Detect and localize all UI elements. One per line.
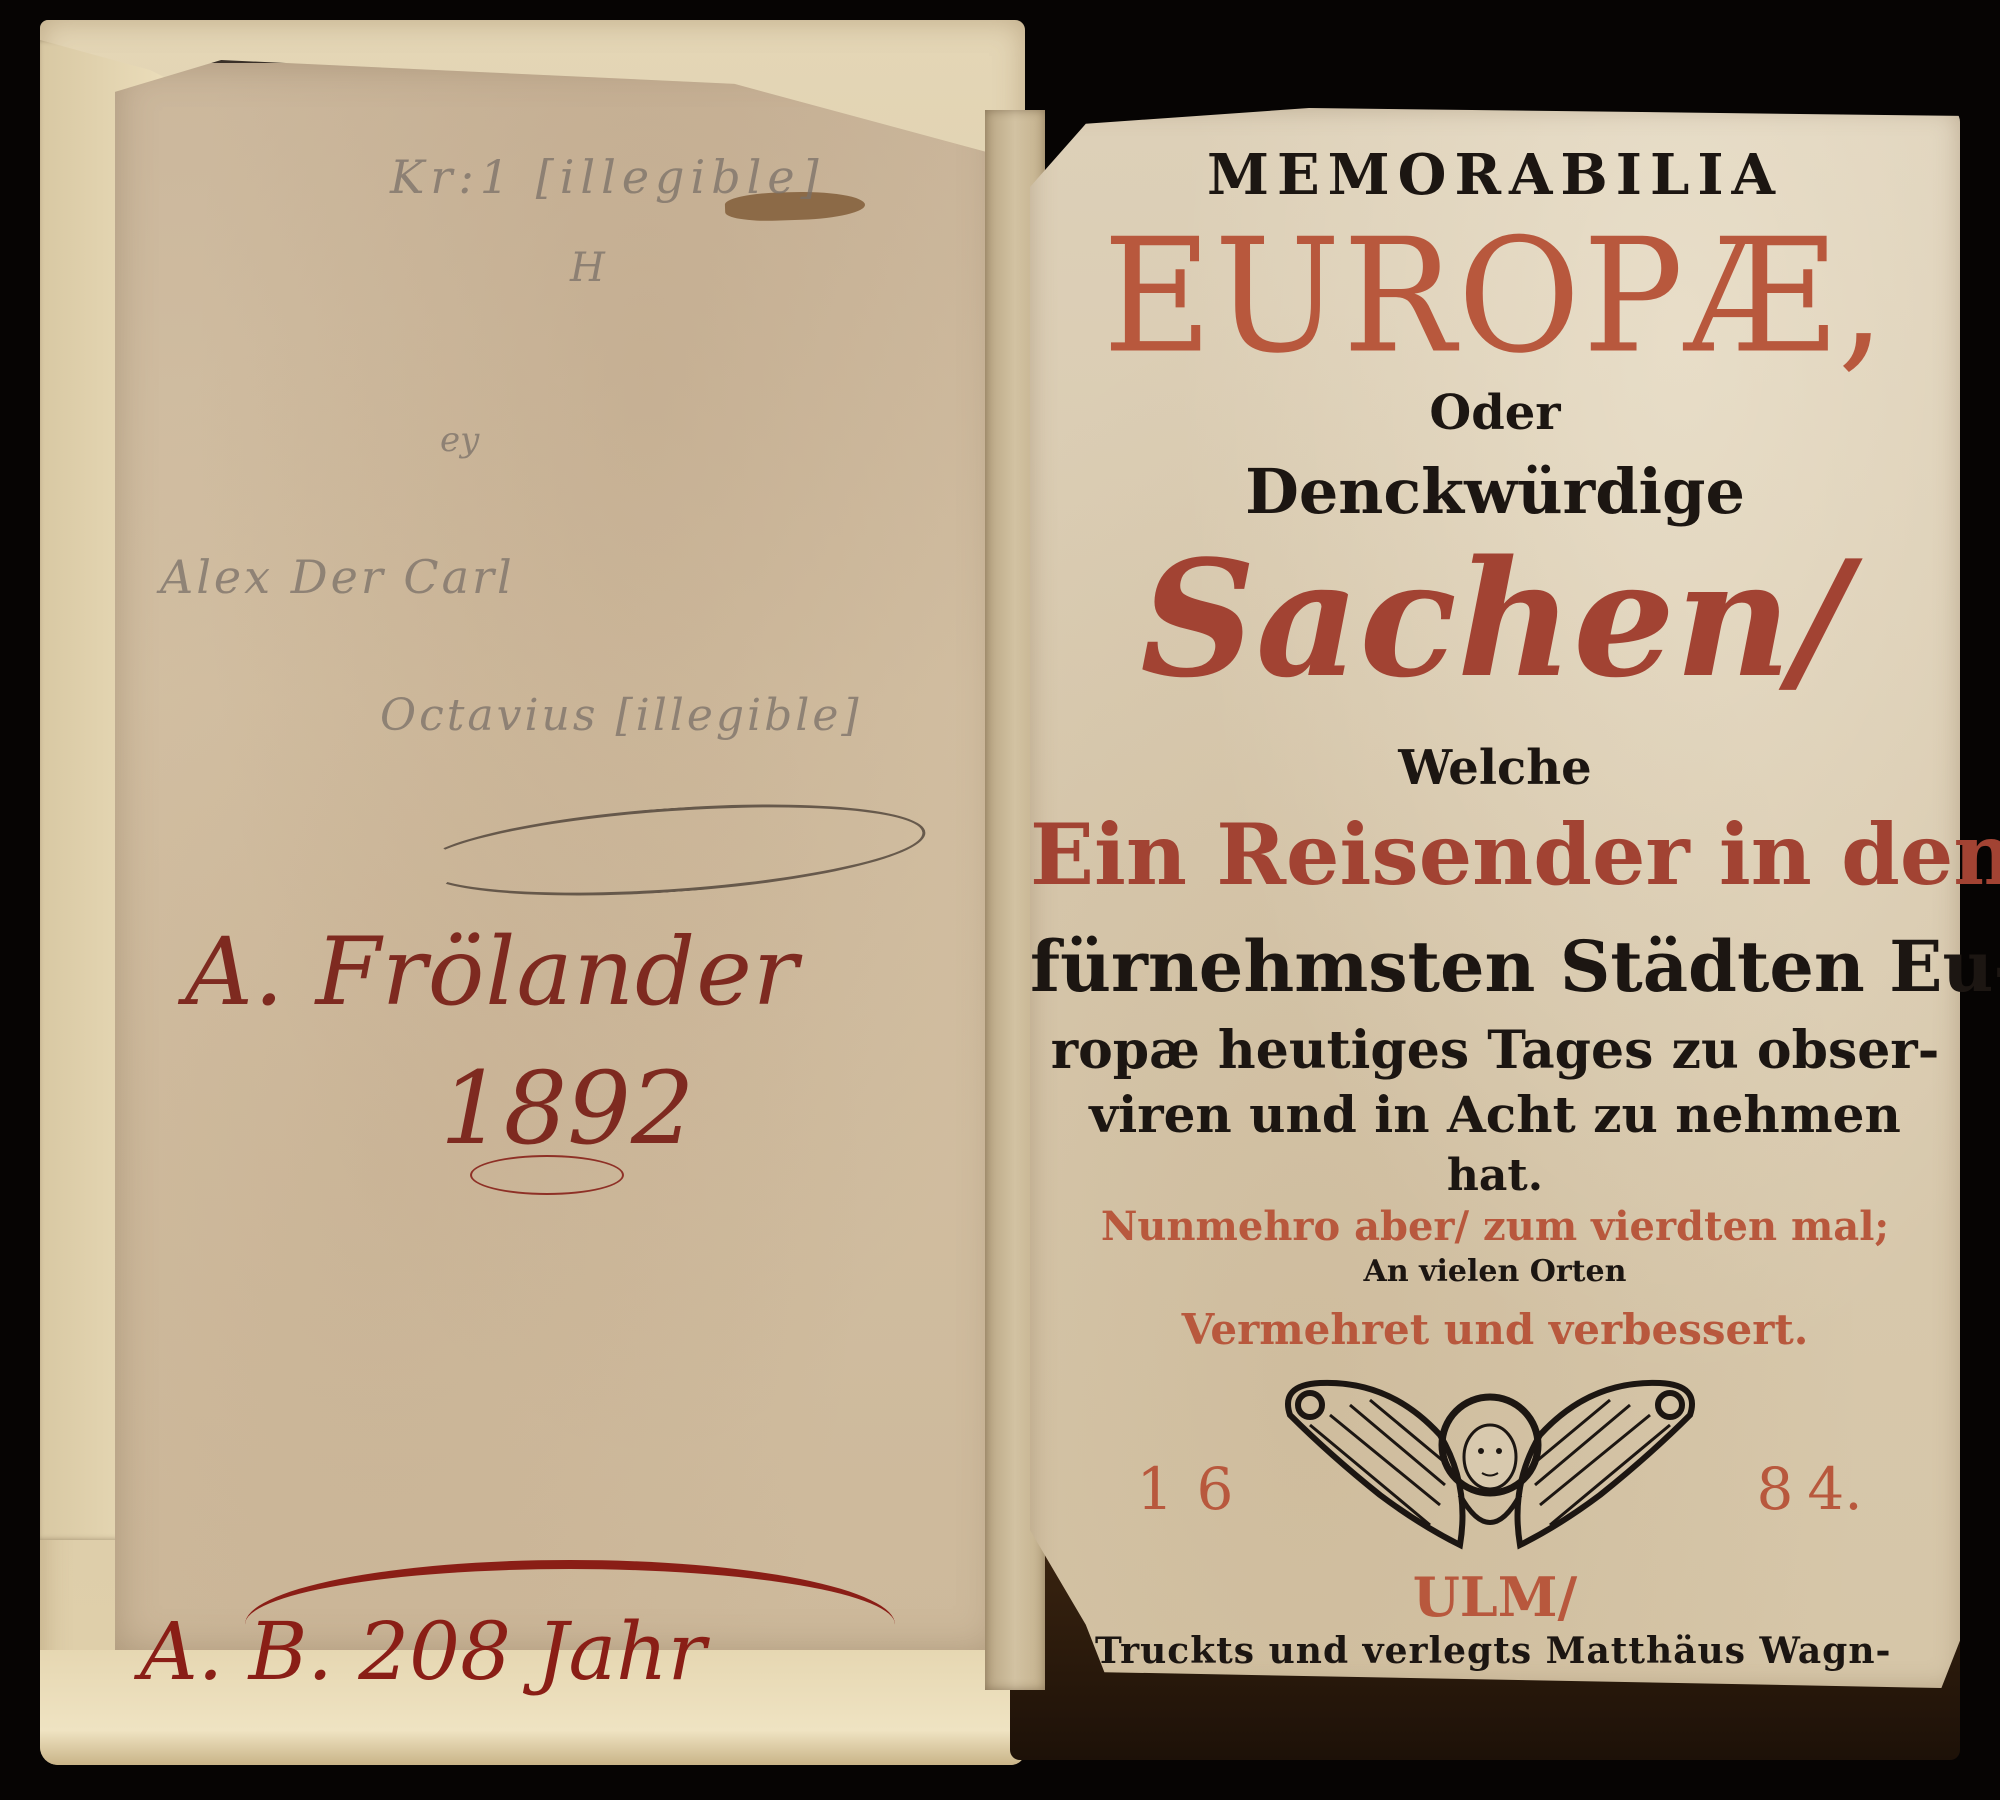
owner-year-inscription: 1892 [440, 1050, 695, 1167]
year-digit: 6 [1185, 1455, 1245, 1523]
year-digit: 8 [1745, 1455, 1805, 1523]
pencil-note: Octavius [illegible] [380, 690, 862, 741]
pencil-note: Kr:1 [illegible] [390, 150, 825, 204]
title-sachen: Sachen/ [1030, 525, 1960, 713]
imprint-year-left: 16 [1125, 1455, 1245, 1523]
imprint-printer: Truckts und verlegts Matthäus Wagn- [1095, 1630, 1915, 1672]
title-reisender: Ein Reisender in den [1030, 805, 1960, 904]
title-line-2: ropæ heutiges Tages zu obser- [1030, 1020, 1960, 1081]
title-oder: Oder [1030, 385, 1960, 441]
owner-name-inscription: A. Frölander [185, 918, 799, 1027]
edition-note: An vielen Orten [1030, 1254, 1960, 1289]
book-scan: Kr:1 [illegible] H ey Alex Der Carl Octa… [0, 0, 2000, 1800]
shelf-mark: A. B. 208 Jahr [140, 1605, 706, 1698]
pencil-note: Alex Der Carl [160, 550, 515, 604]
winged-cherub-ornament-icon [1270, 1375, 1710, 1555]
edition-statement: Nunmehro aber/ zum vierdten mal; [1030, 1203, 1960, 1250]
pencil-note: H [570, 245, 605, 291]
year-flourish [470, 1155, 624, 1195]
title-memorabilia: MEMORABILIA [1030, 142, 1960, 208]
pencil-note: ey [440, 420, 479, 460]
edition-revised: Vermehret und verbessert. [1030, 1305, 1960, 1354]
title-welche: Welche [1030, 740, 1960, 796]
year-digit: 4. [1805, 1455, 1865, 1523]
title-line-1: fürnehmsten Städten Eu- [1030, 925, 1960, 1008]
year-digit: 1 [1125, 1455, 1185, 1523]
imprint-year-right: 84. [1745, 1455, 1865, 1523]
imprint-place: ULM/ [1030, 1565, 1960, 1629]
title-denckwuerdige: Denckwürdige [1030, 455, 1960, 528]
title-europae: EUROPÆ, [1030, 206, 1960, 389]
title-line-4: hat. [1030, 1150, 1960, 1201]
title-line-3: viren und in Acht zu nehmen [1030, 1085, 1960, 1144]
